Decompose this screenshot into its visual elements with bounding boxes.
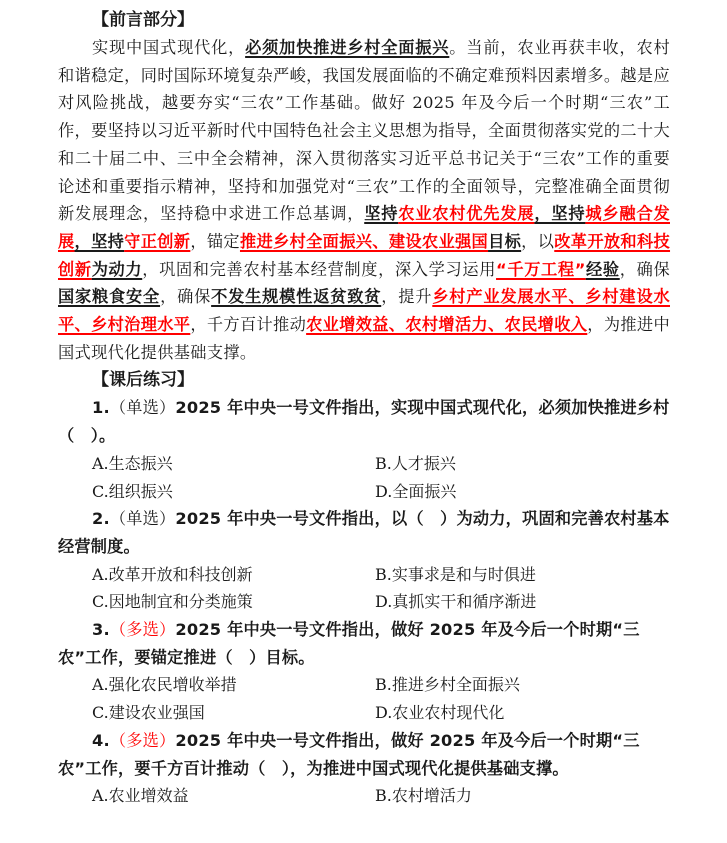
- highlighted-keyphrase: “千万工程”: [496, 260, 586, 279]
- emphasized-phrase: 不发生规模性返贫致贫: [211, 287, 381, 306]
- question-number: 4.: [92, 731, 110, 750]
- body-text: ，巩固和完善农村基本经营制度，深入学习运用: [142, 260, 496, 279]
- highlighted-keyphrase: 推进乡村全面振兴、建设农业强国: [240, 232, 488, 251]
- body-text: 。当前，农业再获丰收，农村和谐稳定，同时国际环境复杂严峻，我国发展面临的不确定难…: [58, 38, 670, 223]
- question-stem: 4.（多选）2025 年中央一号文件指出，做好 2025 年及今后一个时期“三农…: [58, 727, 670, 782]
- options-grid: A.改革开放和科技创新B.实事求是和与时俱进C.因地制宜和分类施策D.真抓实干和…: [58, 561, 670, 616]
- answer-option-d[interactable]: D.真抓实干和循序渐进: [375, 588, 658, 616]
- answer-option-a[interactable]: A.生态振兴: [92, 450, 375, 478]
- question-number: 3.: [92, 620, 110, 639]
- answer-option-c[interactable]: C.建设农业强国: [92, 699, 375, 727]
- emphasized-phrase: 国家粮食安全: [58, 287, 160, 306]
- answer-option-d[interactable]: D.农业农村现代化: [375, 699, 658, 727]
- question-item: 3.（多选）2025 年中央一号文件指出，做好 2025 年及今后一个时期“三农…: [58, 616, 670, 727]
- question-stem: 2.（单选）2025 年中央一号文件指出，以（ ）为动力，巩固和完善农村基本经营…: [58, 505, 670, 560]
- preface-paragraph: 实现中国式现代化，必须加快推进乡村全面振兴。当前，农业再获丰收，农村和谐稳定，同…: [58, 34, 670, 366]
- preface-heading: 【前言部分】: [58, 6, 670, 34]
- question-type-badge: （多选）: [110, 620, 176, 639]
- question-item: 4.（多选）2025 年中央一号文件指出，做好 2025 年及今后一个时期“三农…: [58, 727, 670, 810]
- question-item: 2.（单选）2025 年中央一号文件指出，以（ ）为动力，巩固和完善农村基本经营…: [58, 505, 670, 616]
- question-number: 1.: [92, 398, 110, 417]
- question-item: 1.（单选）2025 年中央一号文件指出，实现中国式现代化，必须加快推进乡村（ …: [58, 394, 670, 505]
- answer-option-a[interactable]: A.强化农民增收举措: [92, 671, 375, 699]
- emphasized-phrase: ，坚持: [75, 232, 125, 251]
- question-stem: 3.（多选）2025 年中央一号文件指出，做好 2025 年及今后一个时期“三农…: [58, 616, 670, 671]
- document-page: 【前言部分】 实现中国式现代化，必须加快推进乡村全面振兴。当前，农业再获丰收，农…: [58, 6, 670, 810]
- emphasized-phrase: ，坚持: [534, 204, 585, 223]
- answer-option-c[interactable]: C.组织振兴: [92, 478, 375, 506]
- options-grid: A.强化农民增收举措B.推进乡村全面振兴C.建设农业强国D.农业农村现代化: [58, 671, 670, 726]
- question-type-badge: （单选）: [110, 398, 176, 417]
- body-text: ，锚定: [190, 232, 240, 251]
- answer-option-c[interactable]: C.因地制宜和分类施策: [92, 588, 375, 616]
- body-text: ，以: [521, 232, 554, 251]
- exercises-heading: 【课后练习】: [58, 366, 670, 394]
- answer-option-d[interactable]: D.全面振兴: [375, 478, 658, 506]
- emphasized-phrase: 坚持: [364, 204, 398, 223]
- answer-option-a[interactable]: A.农业增效益: [92, 782, 375, 810]
- body-text: ，提升: [381, 287, 432, 306]
- body-text: ，确保: [160, 287, 211, 306]
- emphasized-phrase: 目标: [488, 232, 521, 251]
- answer-option-b[interactable]: B.推进乡村全面振兴: [375, 671, 658, 699]
- answer-option-a[interactable]: A.改革开放和科技创新: [92, 561, 375, 589]
- answer-option-b[interactable]: B.农村增活力: [375, 782, 658, 810]
- emphasized-phrase: 必须加快推进乡村全面振兴: [245, 38, 449, 57]
- question-stem: 1.（单选）2025 年中央一号文件指出，实现中国式现代化，必须加快推进乡村（ …: [58, 394, 670, 449]
- body-text: ，确保: [620, 260, 670, 279]
- question-list: 1.（单选）2025 年中央一号文件指出，实现中国式现代化，必须加快推进乡村（ …: [58, 394, 670, 810]
- highlighted-keyphrase: 守正创新: [124, 232, 190, 251]
- emphasized-phrase: 经验: [586, 260, 620, 279]
- question-type-badge: （多选）: [110, 731, 176, 750]
- question-number: 2.: [92, 509, 110, 528]
- options-grid: A.农业增效益B.农村增活力: [58, 782, 670, 810]
- answer-option-b[interactable]: B.实事求是和与时俱进: [375, 561, 658, 589]
- highlighted-keyphrase: 农业增效益、农村增活力、农民增收入: [306, 315, 587, 334]
- body-text: 实现中国式现代化，: [92, 38, 245, 57]
- highlighted-keyphrase: 农业农村优先发展: [398, 204, 534, 223]
- body-text: ，千方百计推动: [190, 315, 306, 334]
- emphasized-phrase: 为动力: [92, 260, 143, 279]
- answer-option-b[interactable]: B.人才振兴: [375, 450, 658, 478]
- question-type-badge: （单选）: [110, 509, 176, 528]
- options-grid: A.生态振兴B.人才振兴C.组织振兴D.全面振兴: [58, 450, 670, 505]
